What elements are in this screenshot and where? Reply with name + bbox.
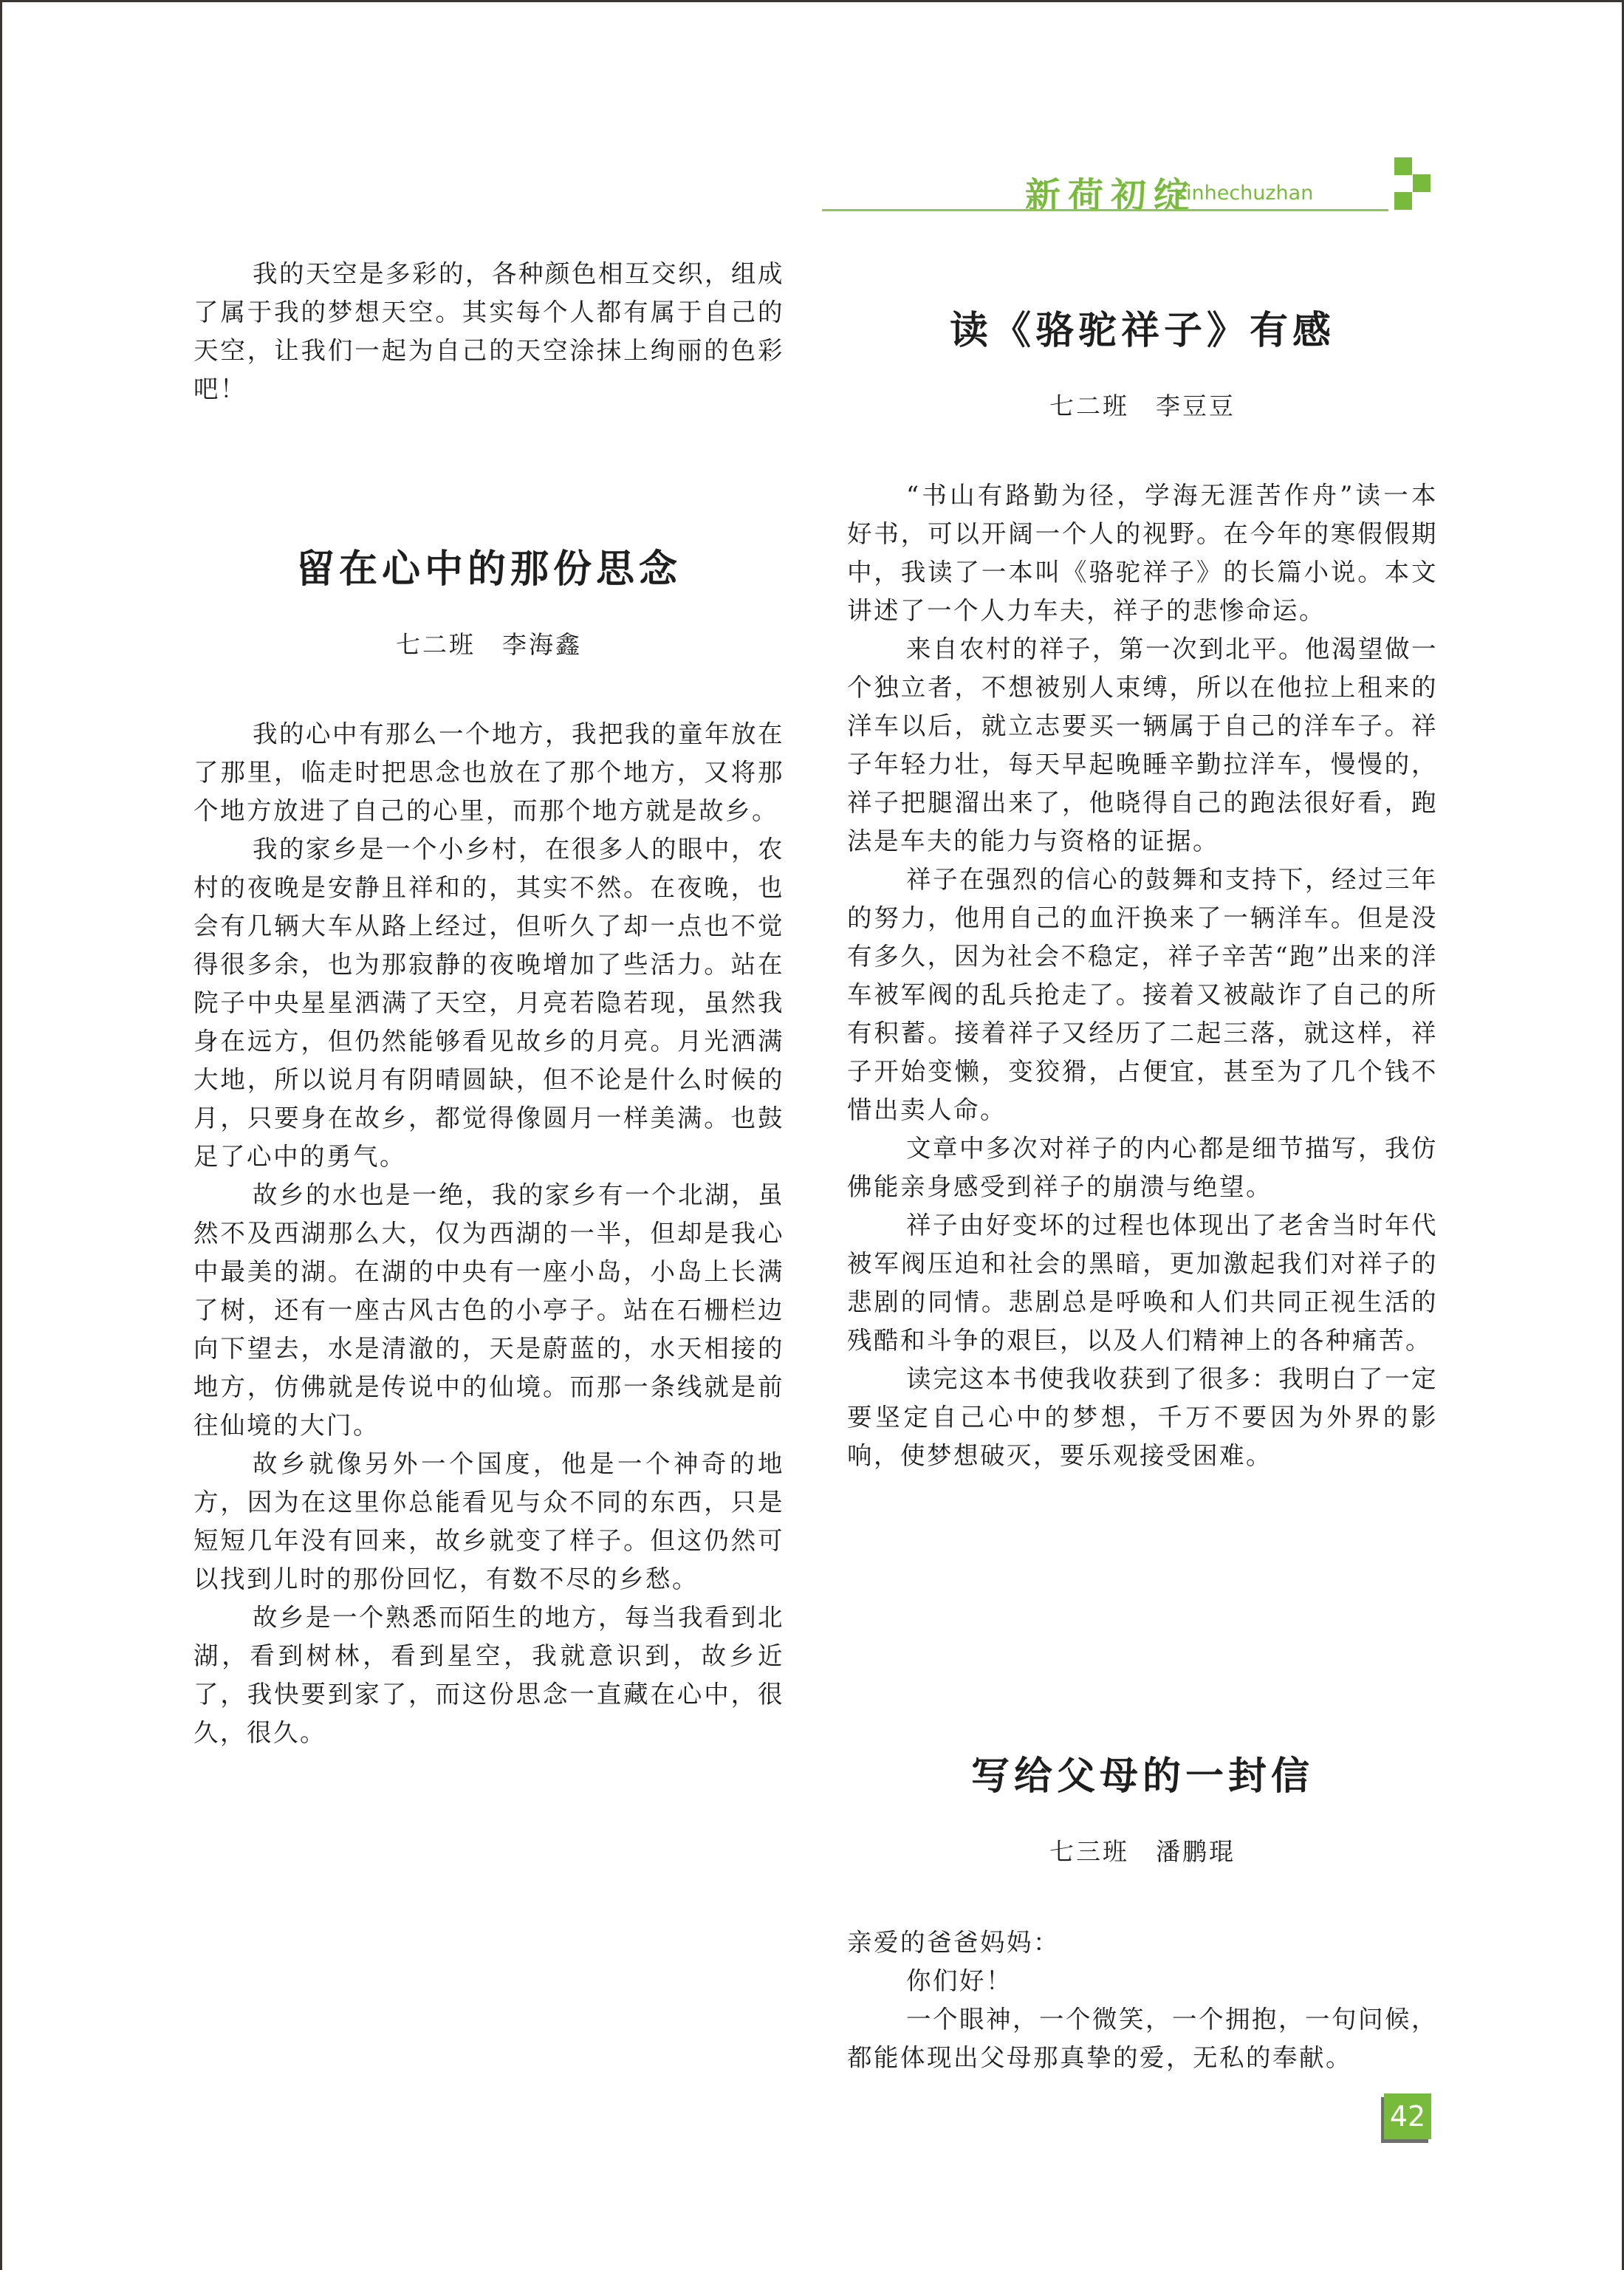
paragraph: 我的心中有那么一个地方，我把我的童年放在了那里，临走时把思念也放在了那个地方，又… <box>193 715 784 830</box>
paragraph: 故乡就像另外一个国度，他是一个神奇的地方，因为在这里你总能看见与众不同的东西，只… <box>193 1445 784 1599</box>
paragraph: 一个眼神，一个微笑，一个拥抱，一句问候，都能体现出父母那真挚的爱，无私的奉献。 <box>847 2000 1438 2077</box>
letter-salutation: 亲爱的爸爸妈妈： <box>847 1924 1438 1962</box>
article-byline: 七二班 李海鑫 <box>193 626 784 660</box>
article-letter-to-parents: 写给父母的一封信 七三班 潘鹏琨 <box>847 1745 1438 1867</box>
paragraph: 文章中多次对祥子的内心都是细节描写，我仿佛能亲身感受到祥子的崩溃与绝望。 <box>847 1129 1438 1206</box>
article-byline: 七二班 李豆豆 <box>847 387 1438 422</box>
paragraph: 读完这本书使我收获到了很多：我明白了一定要坚定自己心中的梦想，千万不要因为外界的… <box>847 1360 1438 1475</box>
letter-greeting: 你们好！ <box>847 1962 1438 2000</box>
paragraph: 故乡是一个熟悉而陌生的地方，每当我看到北湖，看到树林，看到星空，我就意识到，故乡… <box>193 1599 784 1752</box>
article-camel-xiangzi: 读《骆驼祥子》有感 七二班 李豆豆 <box>847 299 1438 422</box>
paragraph: 故乡的水也是一绝，我的家乡有一个北湖，虽然不及西湖那么大，仅为西湖的一半，但却是… <box>193 1176 784 1445</box>
intro-paragraph: 我的天空是多彩的，各种颜色相互交织，组成了属于我的梦想天空。其实每个人都有属于自… <box>193 255 784 408</box>
section-pinyin: xinhechuzhan <box>1174 182 1313 205</box>
article-letter-body: 亲爱的爸爸妈妈： 你们好！ 一个眼神，一个微笑，一个拥抱，一句问候，都能体现出父… <box>847 1924 1438 2077</box>
article-byline: 七三班 潘鹏琨 <box>847 1833 1438 1867</box>
article-title: 读《骆驼祥子》有感 <box>847 299 1438 355</box>
article-homesick-body: 我的心中有那么一个地方，我把我的童年放在了那里，临走时把思念也放在了那个地方，又… <box>193 715 784 1752</box>
article-title: 留在心中的那份思念 <box>193 538 784 593</box>
article-homesick: 留在心中的那份思念 七二班 李海鑫 <box>193 538 784 660</box>
green-square-icon <box>1394 157 1412 175</box>
paragraph: 来自农村的祥子，第一次到北平。他渴望做一个独立者，不想被别人束缚，所以在他拉上租… <box>847 630 1438 861</box>
page-number: 42 <box>1384 2093 1431 2139</box>
left-column: 我的天空是多彩的，各种颜色相互交织，组成了属于我的梦想天空。其实每个人都有属于自… <box>193 255 784 408</box>
section-header: 新荷初绽 xinhechuzhan <box>822 148 1472 222</box>
green-square-icon <box>1394 192 1412 210</box>
green-square-icon <box>1413 174 1431 192</box>
paragraph: “书山有路勤为径，学海无涯苦作舟”读一本好书，可以开阔一个人的视野。在今年的寒假… <box>847 476 1438 630</box>
article-title: 写给父母的一封信 <box>847 1745 1438 1800</box>
article-camel-xiangzi-body: “书山有路勤为径，学海无涯苦作舟”读一本好书，可以开阔一个人的视野。在今年的寒假… <box>847 476 1438 1475</box>
paragraph: 我的家乡是一个小乡村，在很多人的眼中，农村的夜晚是安静且祥和的，其实不然。在夜晚… <box>193 830 784 1176</box>
header-divider <box>822 209 1388 211</box>
paragraph: 祥子由好变坏的过程也体现出了老舍当时年代被军阀压迫和社会的黑暗，更加激起我们对祥… <box>847 1206 1438 1360</box>
paragraph: 祥子在强烈的信心的鼓舞和支持下，经过三年的努力，他用自己的血汗换来了一辆洋车。但… <box>847 861 1438 1129</box>
